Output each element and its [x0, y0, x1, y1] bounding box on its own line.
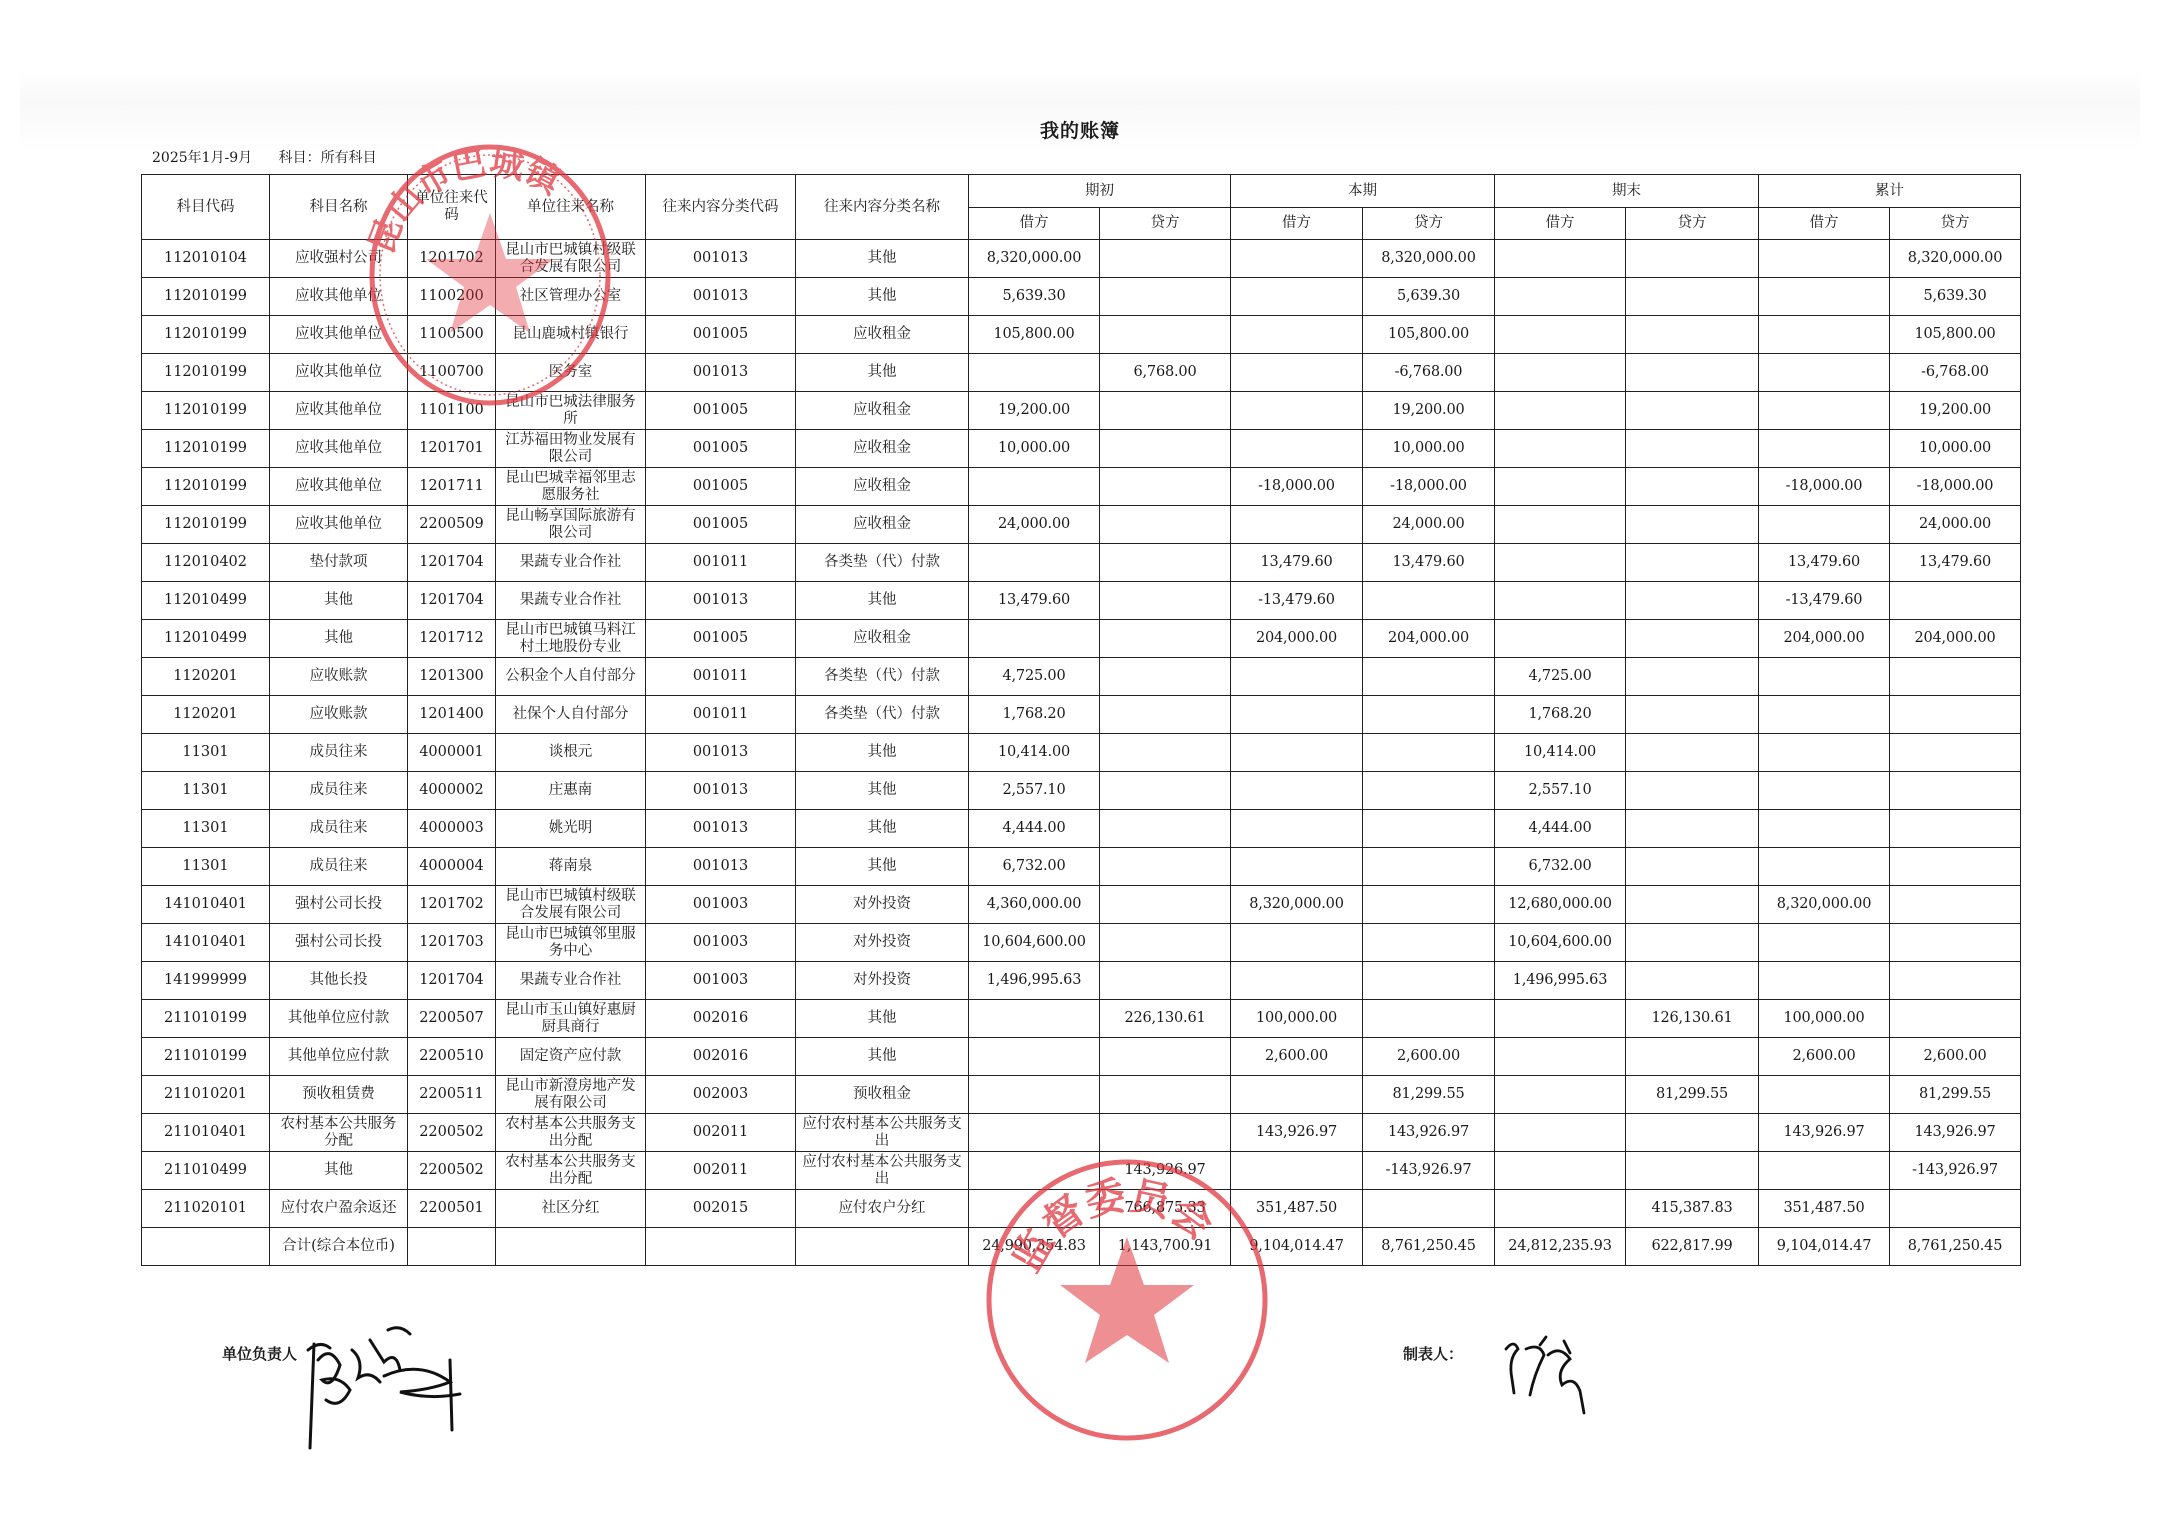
cell-subject-name: 其他单位应付款 — [270, 1000, 408, 1038]
cell-category-code — [646, 1228, 796, 1266]
cell-subject-code: 112010199 — [142, 354, 270, 392]
cell-category-name: 应付农户分红 — [796, 1190, 969, 1228]
cell-current-credit: 143,926.97 — [1363, 1114, 1495, 1152]
cell-current-debit — [1231, 1152, 1363, 1190]
cell-unit-name: 昆山市巴城法律服务所 — [496, 392, 646, 430]
cell-current-debit — [1231, 848, 1363, 886]
table-row: 211020101应付农户盈余返还2200501社区分红002015应付农户分红… — [142, 1190, 2021, 1228]
cell-closing-credit — [1626, 886, 1759, 924]
cell-opening-credit: 226,130.61 — [1100, 1000, 1231, 1038]
table-row: 112010199应收其他单位2200509昆山畅享国际旅游有限公司001005… — [142, 506, 2021, 544]
cell-opening-credit — [1100, 620, 1231, 658]
cell-closing-credit: 622,817.99 — [1626, 1228, 1759, 1266]
cell-opening-credit — [1100, 924, 1231, 962]
unit-head-signature — [300, 1320, 500, 1450]
cell-current-credit: 2,600.00 — [1363, 1038, 1495, 1076]
cell-subject-name: 其他 — [270, 582, 408, 620]
cell-subject-code: 112010199 — [142, 278, 270, 316]
group-header-cumulative: 累计 — [1759, 175, 2021, 208]
cell-current-debit — [1231, 316, 1363, 354]
cell-unit-code: 4000004 — [408, 848, 496, 886]
cell-opening-credit: 6,768.00 — [1100, 354, 1231, 392]
col-header-subject-code: 科目代码 — [142, 175, 270, 240]
cell-opening-credit — [1100, 316, 1231, 354]
cell-unit-name: 谈根元 — [496, 734, 646, 772]
cell-subject-code: 141999999 — [142, 962, 270, 1000]
cell-unit-name: 江苏福田物业发展有限公司 — [496, 430, 646, 468]
cell-subject-code: 211010199 — [142, 1038, 270, 1076]
cell-closing-debit — [1495, 544, 1626, 582]
col-header-unit-name: 单位往来名称 — [496, 175, 646, 240]
cell-unit-code: 2200502 — [408, 1114, 496, 1152]
cell-cumulative-debit — [1759, 506, 1890, 544]
cell-opening-debit: 105,800.00 — [969, 316, 1100, 354]
cell-unit-code: 2200510 — [408, 1038, 496, 1076]
cell-subject-code — [142, 1228, 270, 1266]
cell-opening-debit: 10,000.00 — [969, 430, 1100, 468]
cell-current-debit — [1231, 430, 1363, 468]
cell-category-code: 001013 — [646, 734, 796, 772]
group-header-current: 本期 — [1231, 175, 1495, 208]
cell-opening-debit — [969, 1190, 1100, 1228]
cell-cumulative-debit — [1759, 316, 1890, 354]
cell-unit-code: 2200507 — [408, 1000, 496, 1038]
cell-category-code: 002015 — [646, 1190, 796, 1228]
cell-cumulative-credit: 24,000.00 — [1890, 506, 2021, 544]
cell-unit-name: 昆山市巴城镇村级联合发展有限公司 — [496, 886, 646, 924]
cell-cumulative-credit: 19,200.00 — [1890, 392, 2021, 430]
cell-cumulative-credit — [1890, 582, 2021, 620]
cell-unit-code: 1201703 — [408, 924, 496, 962]
cell-current-debit: -13,479.60 — [1231, 582, 1363, 620]
cell-subject-name: 应收其他单位 — [270, 354, 408, 392]
cell-cumulative-debit — [1759, 1152, 1890, 1190]
cell-cumulative-credit: 81,299.55 — [1890, 1076, 2021, 1114]
cell-current-debit: 204,000.00 — [1231, 620, 1363, 658]
cell-closing-debit: 4,444.00 — [1495, 810, 1626, 848]
cell-current-credit — [1363, 848, 1495, 886]
cell-category-name: 其他 — [796, 848, 969, 886]
table-row: 112010104应收强村公司1201702昆山市巴城镇村级联合发展有限公司00… — [142, 240, 2021, 278]
cell-subject-code: 112010199 — [142, 468, 270, 506]
cell-unit-code: 1201704 — [408, 962, 496, 1000]
period-label: 2025年1月-9月 — [152, 150, 252, 166]
cell-unit-name: 昆山市玉山镇好惠厨厨具商行 — [496, 1000, 646, 1038]
cell-cumulative-credit — [1890, 810, 2021, 848]
cell-cumulative-debit: 9,104,014.47 — [1759, 1228, 1890, 1266]
cell-closing-debit: 24,812,235.93 — [1495, 1228, 1626, 1266]
cell-unit-code: 4000001 — [408, 734, 496, 772]
cell-cumulative-credit — [1890, 658, 2021, 696]
cell-closing-debit: 1,768.20 — [1495, 696, 1626, 734]
cell-cumulative-debit: 351,487.50 — [1759, 1190, 1890, 1228]
table-row: 11301成员往来4000004蒋南泉001013其他6,732.006,732… — [142, 848, 2021, 886]
cell-opening-credit: 766,875.33 — [1100, 1190, 1231, 1228]
col-header-debit: 借方 — [1495, 208, 1626, 240]
cell-closing-credit — [1626, 316, 1759, 354]
cell-category-code: 001005 — [646, 506, 796, 544]
cell-unit-name — [496, 1228, 646, 1266]
cell-category-code: 001005 — [646, 316, 796, 354]
cell-closing-credit — [1626, 582, 1759, 620]
cell-current-debit — [1231, 772, 1363, 810]
cell-closing-credit — [1626, 696, 1759, 734]
cell-current-credit — [1363, 772, 1495, 810]
ledger-body: 112010104应收强村公司1201702昆山市巴城镇村级联合发展有限公司00… — [142, 240, 2021, 1266]
cell-closing-debit — [1495, 1000, 1626, 1038]
table-row: 11301成员往来4000001谈根元001013其他10,414.0010,4… — [142, 734, 2021, 772]
table-row: 211010401农村基本公共服务分配2200502农村基本公共服务支出分配00… — [142, 1114, 2021, 1152]
cell-opening-debit — [969, 1114, 1100, 1152]
table-row: 112010199应收其他单位1100200社区管理办公室001013其他5,6… — [142, 278, 2021, 316]
ledger-table: 科目代码 科目名称 单位往来代码 单位往来名称 往来内容分类代码 往来内容分类名… — [141, 174, 2021, 1266]
cell-opening-debit: 4,725.00 — [969, 658, 1100, 696]
cell-current-credit: 8,320,000.00 — [1363, 240, 1495, 278]
cell-subject-name: 预收租赁费 — [270, 1076, 408, 1114]
cell-unit-name: 姚光明 — [496, 810, 646, 848]
table-row: 211010499其他2200502农村基本公共服务支出分配002011应付农村… — [142, 1152, 2021, 1190]
cell-current-credit: -143,926.97 — [1363, 1152, 1495, 1190]
cell-opening-credit — [1100, 582, 1231, 620]
table-row: 112010199应收其他单位1201701江苏福田物业发展有限公司001005… — [142, 430, 2021, 468]
cell-cumulative-debit — [1759, 658, 1890, 696]
cell-unit-name: 果蔬专业合作社 — [496, 544, 646, 582]
cell-closing-debit: 12,680,000.00 — [1495, 886, 1626, 924]
cell-category-name: 应收租金 — [796, 316, 969, 354]
page-title: 我的账簿 — [0, 116, 2160, 143]
table-row: 141999999其他长投1201704果蔬专业合作社001003对外投资1,4… — [142, 962, 2021, 1000]
cell-category-name: 应付农村基本公共服务支出 — [796, 1114, 969, 1152]
cell-cumulative-debit: 13,479.60 — [1759, 544, 1890, 582]
cell-current-debit — [1231, 354, 1363, 392]
cell-unit-name: 果蔬专业合作社 — [496, 582, 646, 620]
cell-closing-credit: 126,130.61 — [1626, 1000, 1759, 1038]
cell-subject-name: 应收其他单位 — [270, 468, 408, 506]
cell-subject-name: 其他 — [270, 1152, 408, 1190]
cell-category-code: 001011 — [646, 544, 796, 582]
cell-unit-code: 1201702 — [408, 240, 496, 278]
cell-subject-code: 1120201 — [142, 696, 270, 734]
cell-category-name — [796, 1228, 969, 1266]
cell-closing-debit — [1495, 354, 1626, 392]
col-header-credit: 贷方 — [1100, 208, 1231, 240]
cell-cumulative-credit: -18,000.00 — [1890, 468, 2021, 506]
cell-current-credit: -18,000.00 — [1363, 468, 1495, 506]
cell-unit-name: 农村基本公共服务支出分配 — [496, 1114, 646, 1152]
cell-opening-debit — [969, 1076, 1100, 1114]
cell-unit-code: 2200501 — [408, 1190, 496, 1228]
col-header-credit: 贷方 — [1626, 208, 1759, 240]
cell-opening-credit — [1100, 658, 1231, 696]
cell-subject-code: 112010199 — [142, 316, 270, 354]
cell-current-debit: 100,000.00 — [1231, 1000, 1363, 1038]
cell-cumulative-debit — [1759, 1076, 1890, 1114]
cell-opening-credit — [1100, 430, 1231, 468]
cell-subject-name: 应收强村公司 — [270, 240, 408, 278]
cell-opening-credit — [1100, 734, 1231, 772]
cell-category-code: 001013 — [646, 240, 796, 278]
cell-current-credit — [1363, 962, 1495, 1000]
cell-category-code: 001013 — [646, 278, 796, 316]
cell-unit-name: 昆山畅享国际旅游有限公司 — [496, 506, 646, 544]
cell-cumulative-credit: -143,926.97 — [1890, 1152, 2021, 1190]
cell-cumulative-credit: 10,000.00 — [1890, 430, 2021, 468]
cell-cumulative-credit: 5,639.30 — [1890, 278, 2021, 316]
cell-cumulative-credit — [1890, 848, 2021, 886]
cell-cumulative-credit — [1890, 886, 2021, 924]
cell-subject-name: 应收其他单位 — [270, 278, 408, 316]
col-header-credit: 贷方 — [1890, 208, 2021, 240]
cell-subject-code: 112010199 — [142, 430, 270, 468]
cell-current-debit — [1231, 810, 1363, 848]
cell-unit-name: 昆山市巴城镇马料江村土地股份专业 — [496, 620, 646, 658]
table-row: 141010401强村公司长投1201703昆山市巴城镇邻里服务中心001003… — [142, 924, 2021, 962]
cell-subject-name: 成员往来 — [270, 810, 408, 848]
cell-unit-code: 1201704 — [408, 544, 496, 582]
cell-category-name: 其他 — [796, 354, 969, 392]
subject-filter-label: 科目：所有科目 — [279, 150, 377, 166]
cell-closing-credit — [1626, 1038, 1759, 1076]
table-row: 211010199其他单位应付款2200507昆山市玉山镇好惠厨厨具商行0020… — [142, 1000, 2021, 1038]
cell-closing-credit — [1626, 772, 1759, 810]
cell-unit-code: 1101100 — [408, 392, 496, 430]
cell-category-name: 对外投资 — [796, 924, 969, 962]
cell-opening-debit: 10,414.00 — [969, 734, 1100, 772]
cell-current-debit: 9,104,014.47 — [1231, 1228, 1363, 1266]
cell-opening-credit — [1100, 278, 1231, 316]
cell-closing-debit — [1495, 1038, 1626, 1076]
cell-current-credit — [1363, 886, 1495, 924]
cell-cumulative-debit — [1759, 696, 1890, 734]
cell-current-credit — [1363, 924, 1495, 962]
cell-subject-code: 11301 — [142, 810, 270, 848]
cell-cumulative-debit — [1759, 924, 1890, 962]
cell-cumulative-debit — [1759, 772, 1890, 810]
cell-opening-credit — [1100, 962, 1231, 1000]
cell-unit-name: 固定资产应付款 — [496, 1038, 646, 1076]
cell-opening-debit — [969, 1152, 1100, 1190]
cell-closing-credit — [1626, 468, 1759, 506]
cell-closing-credit — [1626, 620, 1759, 658]
cell-cumulative-debit: 204,000.00 — [1759, 620, 1890, 658]
cell-subject-name: 其他 — [270, 620, 408, 658]
cell-cumulative-credit: 2,600.00 — [1890, 1038, 2021, 1076]
cell-category-code: 001005 — [646, 392, 796, 430]
cell-cumulative-credit: 13,479.60 — [1890, 544, 2021, 582]
cell-closing-debit — [1495, 278, 1626, 316]
col-header-debit: 借方 — [1231, 208, 1363, 240]
cell-category-name: 应付农村基本公共服务支出 — [796, 1152, 969, 1190]
col-header-subject-name: 科目名称 — [270, 175, 408, 240]
cell-opening-debit: 4,444.00 — [969, 810, 1100, 848]
cell-opening-debit — [969, 620, 1100, 658]
cell-category-code: 001003 — [646, 924, 796, 962]
cell-category-name: 对外投资 — [796, 962, 969, 1000]
cell-cumulative-debit: -18,000.00 — [1759, 468, 1890, 506]
cell-unit-code: 1201702 — [408, 886, 496, 924]
cell-opening-credit — [1100, 1038, 1231, 1076]
cell-category-code: 001013 — [646, 582, 796, 620]
cell-subject-name: 应收其他单位 — [270, 430, 408, 468]
table-row: 112010199应收其他单位1100700医务室001013其他6,768.0… — [142, 354, 2021, 392]
cell-unit-code: 4000002 — [408, 772, 496, 810]
cell-opening-credit — [1100, 848, 1231, 886]
cell-unit-code: 2200511 — [408, 1076, 496, 1114]
cell-category-code: 002003 — [646, 1076, 796, 1114]
cell-category-code: 002016 — [646, 1038, 796, 1076]
cell-category-name: 应收租金 — [796, 430, 969, 468]
cell-current-credit — [1363, 810, 1495, 848]
cell-cumulative-debit — [1759, 354, 1890, 392]
cell-current-credit: 8,761,250.45 — [1363, 1228, 1495, 1266]
cell-subject-name: 应付农户盈余返还 — [270, 1190, 408, 1228]
cell-closing-credit — [1626, 506, 1759, 544]
table-row: 211010201预收租赁费2200511昆山市新澄房地产发展有限公司00200… — [142, 1076, 2021, 1114]
cell-subject-name: 应收账款 — [270, 696, 408, 734]
cell-unit-code: 1201300 — [408, 658, 496, 696]
cell-closing-debit — [1495, 1152, 1626, 1190]
cell-closing-credit — [1626, 392, 1759, 430]
cell-closing-credit — [1626, 544, 1759, 582]
cell-category-code: 002011 — [646, 1152, 796, 1190]
cell-cumulative-credit — [1890, 962, 2021, 1000]
cell-category-name: 各类垫（代）付款 — [796, 544, 969, 582]
cell-category-name: 应收租金 — [796, 620, 969, 658]
cell-category-name: 其他 — [796, 1038, 969, 1076]
cell-current-debit — [1231, 658, 1363, 696]
table-row: 1120201应收账款1201400社保个人自付部分001011各类垫（代）付款… — [142, 696, 2021, 734]
cell-subject-name: 应收其他单位 — [270, 316, 408, 354]
cell-subject-code: 211010499 — [142, 1152, 270, 1190]
cell-current-debit: 2,600.00 — [1231, 1038, 1363, 1076]
table-row: 11301成员往来4000003姚光明001013其他4,444.004,444… — [142, 810, 2021, 848]
unit-head-label: 单位负责人 — [222, 1343, 297, 1364]
cell-category-code: 001005 — [646, 620, 796, 658]
cell-opening-debit: 19,200.00 — [969, 392, 1100, 430]
cell-closing-credit — [1626, 354, 1759, 392]
cell-opening-debit: 24,990,354.83 — [969, 1228, 1100, 1266]
cell-subject-name: 成员往来 — [270, 848, 408, 886]
table-row: 112010199应收其他单位1101100昆山市巴城法律服务所001005应收… — [142, 392, 2021, 430]
cell-current-debit: 143,926.97 — [1231, 1114, 1363, 1152]
header-row-groups: 科目代码 科目名称 单位往来代码 单位往来名称 往来内容分类代码 往来内容分类名… — [142, 175, 2021, 208]
cell-current-debit — [1231, 240, 1363, 278]
cell-category-code: 001011 — [646, 658, 796, 696]
cell-subject-code: 141010401 — [142, 886, 270, 924]
cell-opening-debit: 5,639.30 — [969, 278, 1100, 316]
cell-closing-debit — [1495, 620, 1626, 658]
cell-current-debit — [1231, 962, 1363, 1000]
cell-category-name: 其他 — [796, 278, 969, 316]
cell-unit-name: 蒋南泉 — [496, 848, 646, 886]
table-row: 211010199其他单位应付款2200510固定资产应付款002016其他2,… — [142, 1038, 2021, 1076]
cell-cumulative-credit: 105,800.00 — [1890, 316, 2021, 354]
cell-category-code: 001005 — [646, 430, 796, 468]
cell-cumulative-debit — [1759, 430, 1890, 468]
cell-subject-name: 成员往来 — [270, 772, 408, 810]
cell-current-debit: -18,000.00 — [1231, 468, 1363, 506]
col-header-category-name: 往来内容分类名称 — [796, 175, 969, 240]
cell-current-credit: 24,000.00 — [1363, 506, 1495, 544]
cell-closing-debit: 6,732.00 — [1495, 848, 1626, 886]
cell-category-code: 001003 — [646, 962, 796, 1000]
cell-subject-name: 应收账款 — [270, 658, 408, 696]
cell-cumulative-credit — [1890, 1190, 2021, 1228]
cell-opening-debit: 1,496,995.63 — [969, 962, 1100, 1000]
cell-closing-debit — [1495, 392, 1626, 430]
cell-unit-name: 昆山巴城幸福邻里志愿服务社 — [496, 468, 646, 506]
cell-closing-debit — [1495, 240, 1626, 278]
cell-closing-debit: 4,725.00 — [1495, 658, 1626, 696]
cell-unit-code: 1100700 — [408, 354, 496, 392]
cell-cumulative-debit: 8,320,000.00 — [1759, 886, 1890, 924]
cell-current-credit — [1363, 696, 1495, 734]
cell-opening-debit — [969, 544, 1100, 582]
cell-current-credit: 13,479.60 — [1363, 544, 1495, 582]
cell-cumulative-debit: 100,000.00 — [1759, 1000, 1890, 1038]
cell-opening-debit: 8,320,000.00 — [969, 240, 1100, 278]
cell-opening-credit — [1100, 1076, 1231, 1114]
cell-category-name: 应收租金 — [796, 392, 969, 430]
cell-unit-name: 昆山市巴城镇邻里服务中心 — [496, 924, 646, 962]
cell-category-name: 对外投资 — [796, 886, 969, 924]
col-header-debit: 借方 — [1759, 208, 1890, 240]
cell-opening-debit: 1,768.20 — [969, 696, 1100, 734]
cell-category-code: 002011 — [646, 1114, 796, 1152]
cell-category-name: 其他 — [796, 582, 969, 620]
cell-cumulative-debit — [1759, 240, 1890, 278]
cell-subject-code: 11301 — [142, 848, 270, 886]
cell-cumulative-debit — [1759, 734, 1890, 772]
cell-closing-credit — [1626, 430, 1759, 468]
cell-closing-debit — [1495, 1076, 1626, 1114]
col-header-unit-code: 单位往来代码 — [408, 175, 496, 240]
cell-unit-name: 昆山市巴城镇村级联合发展有限公司 — [496, 240, 646, 278]
cell-opening-debit: 24,000.00 — [969, 506, 1100, 544]
cell-subject-code: 211020101 — [142, 1190, 270, 1228]
cell-current-credit — [1363, 1190, 1495, 1228]
cell-current-credit — [1363, 734, 1495, 772]
cell-current-credit: 105,800.00 — [1363, 316, 1495, 354]
cell-unit-name: 社保个人自付部分 — [496, 696, 646, 734]
cell-closing-credit — [1626, 924, 1759, 962]
cell-closing-credit: 415,387.83 — [1626, 1190, 1759, 1228]
cell-category-name: 其他 — [796, 734, 969, 772]
cell-opening-debit: 4,360,000.00 — [969, 886, 1100, 924]
cell-opening-credit — [1100, 240, 1231, 278]
group-header-closing: 期末 — [1495, 175, 1759, 208]
cell-opening-credit — [1100, 886, 1231, 924]
cell-unit-code: 1201400 — [408, 696, 496, 734]
cell-category-name: 应收租金 — [796, 468, 969, 506]
cell-category-name: 各类垫（代）付款 — [796, 696, 969, 734]
table-row: 112010499其他1201712昆山市巴城镇马料江村土地股份专业001005… — [142, 620, 2021, 658]
cell-closing-debit — [1495, 430, 1626, 468]
cell-opening-debit: 2,557.10 — [969, 772, 1100, 810]
cell-unit-name: 昆山市新澄房地产发展有限公司 — [496, 1076, 646, 1114]
cell-cumulative-credit: 8,761,250.45 — [1890, 1228, 2021, 1266]
cell-current-credit: 5,639.30 — [1363, 278, 1495, 316]
cell-current-credit: 10,000.00 — [1363, 430, 1495, 468]
cell-opening-debit — [969, 354, 1100, 392]
cell-subject-code: 112010104 — [142, 240, 270, 278]
cell-unit-code: 2200502 — [408, 1152, 496, 1190]
cell-closing-debit: 2,557.10 — [1495, 772, 1626, 810]
cell-opening-debit: 10,604,600.00 — [969, 924, 1100, 962]
cell-current-debit: 351,487.50 — [1231, 1190, 1363, 1228]
cell-unit-code: 4000003 — [408, 810, 496, 848]
cell-closing-debit: 10,414.00 — [1495, 734, 1626, 772]
